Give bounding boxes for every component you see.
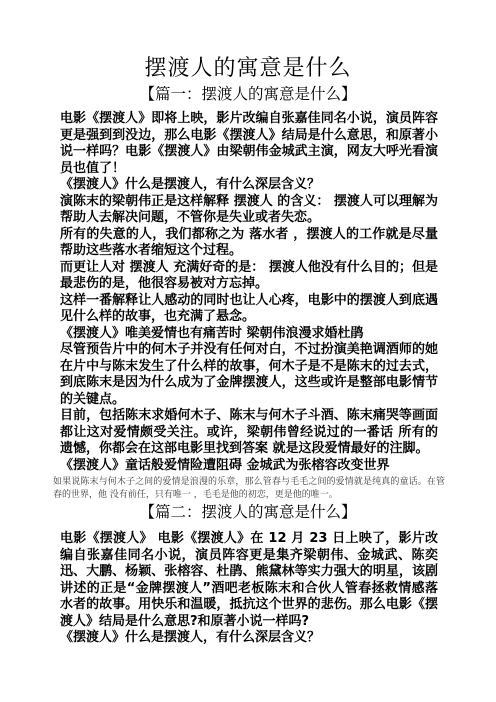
note-paragraph: 如果说陈末与何木子之间的爱情是浪漫的乐章，那么管春与毛毛之间的爱情就是纯真的童话…	[53, 476, 445, 501]
paragraph-fairytale-subtitle: 《摆渡人》童话般爱情险遭阻碍 金城武为张榕容改变世界	[60, 458, 438, 475]
section-1-body: 电影《摆渡人》即将上映，影片改编自张嘉佳同名小说，演员阵容更是强到到没边，那么电…	[60, 111, 438, 474]
paragraph-hemuzi: 尽管预告片中的何木子并没有任何对白，不过扮演美艳调酒师的她在片中与陈末发生了什么…	[60, 342, 438, 408]
paragraph-suspense: 这样一番解释让人感动的同时也让人心疼，电影中的摆渡人到底遇见什么样的故事，也充满…	[60, 293, 438, 326]
paragraph-drowning: 所有的失意的人，我们都称之为 落水者 ，摆渡人的工作就是尽量帮助这些落水者缩短这…	[60, 227, 438, 260]
paragraph-question: 《摆渡人》什么是摆渡人，有什么深层含义？	[60, 177, 438, 194]
section-1-heading: 【篇一：摆渡人的寓意是什么】	[0, 85, 496, 104]
section-2-body: 电影《摆渡人》 电影《摆渡人》在 12 月 23 日上映了，影片改编自张嘉佳同名…	[60, 531, 438, 647]
paragraph-curiosity: 而更让人对 摆渡人 充满好奇的是： 摆渡人他没有什么目的；但是最悲伤的是，他很容…	[60, 260, 438, 293]
paragraph-explanation: 演陈末的梁朝伟正是这样解释 摆渡人 的含义： 摆渡人可以理解为帮助人去解决问题，…	[60, 194, 438, 227]
paragraph-love-subtitle: 《摆渡人》唯美爱情也有痛苦时 梁朝伟浪漫求婚杜鹃	[60, 326, 438, 343]
paragraph-release-info: 电影《摆渡人》 电影《摆渡人》在 12 月 23 日上映了，影片改编自张嘉佳同名…	[60, 531, 438, 630]
paragraph-question-repeat: 《摆渡人》什么是摆渡人，有什么深层含义？	[60, 630, 438, 647]
paragraph-scenes: 目前，包括陈末求婚何木子、陈末与何木子斗酒、陈末痛哭等画面都让这对爱情颇受关注。…	[60, 408, 438, 458]
section-2-heading: 【篇二：摆渡人的寓意是什么】	[0, 503, 496, 522]
document-title: 摆渡人的寓意是什么	[0, 0, 496, 82]
document-page: 摆渡人的寓意是什么 【篇一：摆渡人的寓意是什么】 电影《摆渡人》即将上映，影片改…	[0, 0, 496, 702]
paragraph-intro: 电影《摆渡人》即将上映，影片改编自张嘉佳同名小说，演员阵容更是强到到没边，那么电…	[60, 111, 438, 177]
